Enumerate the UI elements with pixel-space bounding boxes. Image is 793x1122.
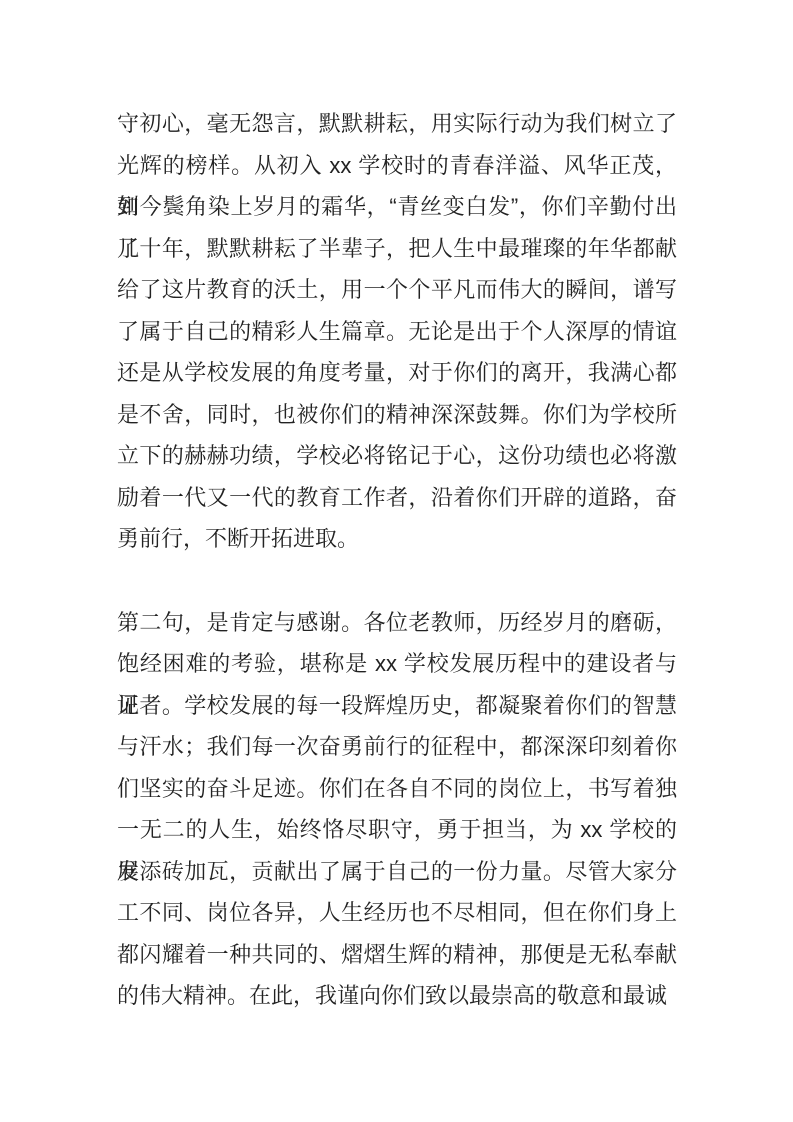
paragraph: 守初心，毫无怨言，默默耕耘，用实际行动为我们树立了光辉的榜样。从初入 xx 学校… bbox=[117, 103, 677, 560]
text-line: 第二句，是肯定与感谢。各位老教师，历经岁月的磨砺， bbox=[117, 602, 677, 644]
text-line: 励着一代又一代的教育工作者，沿着你们开辟的道路，奋 bbox=[117, 477, 677, 519]
text-line: 如今鬓角染上岁月的霜华，“青丝变白发”，你们辛勤付出了 bbox=[117, 186, 677, 228]
document-page: 守初心，毫无怨言，默默耕耘，用实际行动为我们树立了光辉的榜样。从初入 xx 学校… bbox=[0, 0, 793, 1122]
text-line: 证者。学校发展的每一段辉煌历史，都凝聚着你们的智慧 bbox=[117, 685, 677, 727]
text-line: 几十年，默默耕耘了半辈子，把人生中最璀璨的年华都献 bbox=[117, 228, 677, 270]
text-line: 都闪耀着一种共同的、熠熠生辉的精神，那便是无私奉献 bbox=[117, 934, 677, 976]
text-line: 光辉的榜样。从初入 xx 学校时的青春洋溢、风华正茂，到 bbox=[117, 145, 677, 187]
paragraph: 第二句，是肯定与感谢。各位老教师，历经岁月的磨砺，饱经困难的考验，堪称是 xx … bbox=[117, 602, 677, 1017]
text-line: 与汗水；我们每一次奋勇前行的征程中，都深深印刻着你 bbox=[117, 726, 677, 768]
text-line: 立下的赫赫功绩，学校必将铭记于心，这份功绩也必将激 bbox=[117, 435, 677, 477]
text-line: 了属于自己的精彩人生篇章。无论是出于个人深厚的情谊 bbox=[117, 311, 677, 353]
text-line: 给了这片教育的沃土，用一个个平凡而伟大的瞬间，谱写 bbox=[117, 269, 677, 311]
text-line: 一无二的人生，始终恪尽职守，勇于担当，为 xx 学校的发 bbox=[117, 809, 677, 851]
text-line: 饱经困难的考验，堪称是 xx 学校发展历程中的建设者与见 bbox=[117, 643, 677, 685]
document-body: 守初心，毫无怨言，默默耕耘，用实际行动为我们树立了光辉的榜样。从初入 xx 学校… bbox=[117, 103, 677, 1017]
text-line: 展添砖加瓦，贡献出了属于自己的一份力量。尽管大家分 bbox=[117, 851, 677, 893]
text-line: 守初心，毫无怨言，默默耕耘，用实际行动为我们树立了 bbox=[117, 103, 677, 145]
text-line: 是不舍，同时，也被你们的精神深深鼓舞。你们为学校所 bbox=[117, 394, 677, 436]
text-line: 的伟大精神。在此，我谨向你们致以最崇高的敬意和最诚 bbox=[117, 975, 677, 1017]
text-line: 还是从学校发展的角度考量，对于你们的离开，我满心都 bbox=[117, 352, 677, 394]
text-line: 勇前行，不断开拓进取。 bbox=[117, 518, 677, 560]
text-line: 工不同、岗位各异，人生经历也不尽相同，但在你们身上 bbox=[117, 892, 677, 934]
text-line: 们坚实的奋斗足迹。你们在各自不同的岗位上，书写着独 bbox=[117, 768, 677, 810]
